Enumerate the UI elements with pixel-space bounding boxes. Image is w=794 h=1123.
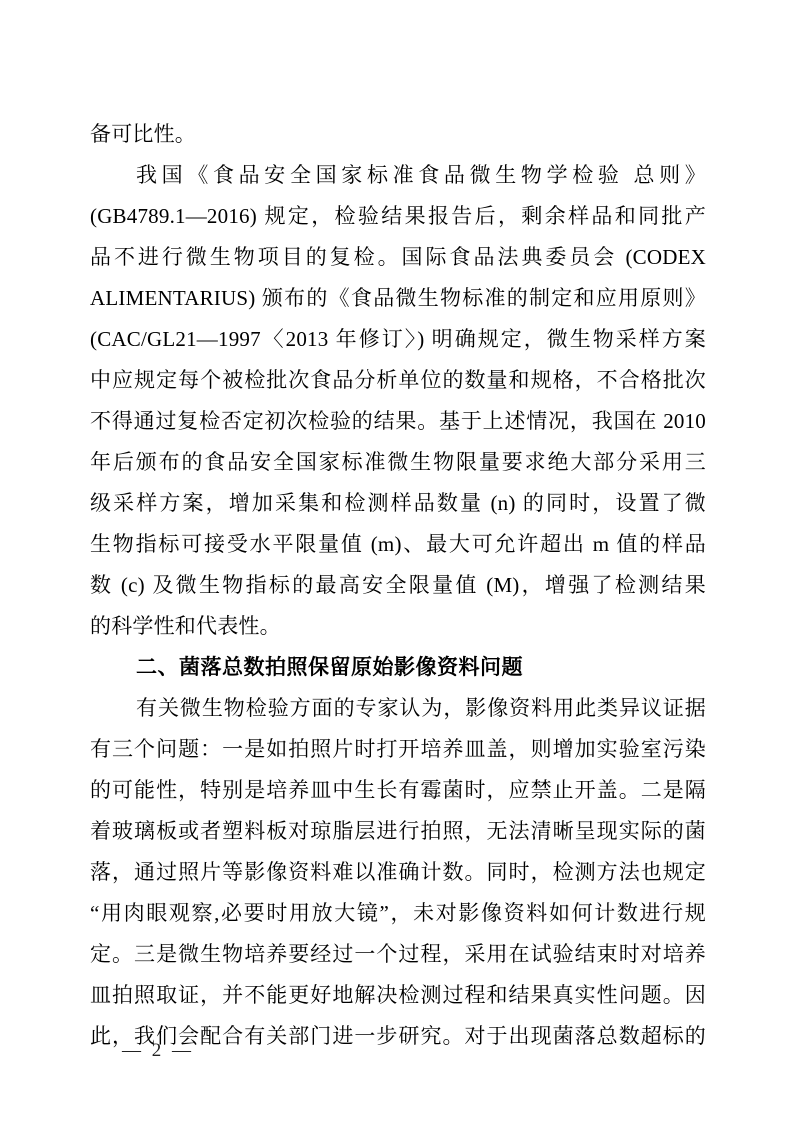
text-line: 定。三是微生物培养要经过一个过程，采用在试验结束时对培养 <box>90 934 706 975</box>
text-line: 年后颁布的食品安全国家标准微生物限量要求绝大部分采用三 <box>90 442 706 483</box>
text-line: 不得通过复检否定初次检验的结果。基于上述情况，我国在 2010 <box>90 401 706 442</box>
text-line: 有关微生物检验方面的专家认为，影像资料用此类异议证据 <box>90 688 706 729</box>
text-line: (GB4789.1—2016) 规定，检验结果报告后，剩余样品和同批产 <box>90 196 706 237</box>
text-line: 级采样方案，增加采集和检测样品数量 (n) 的同时，设置了微 <box>90 483 706 524</box>
text-line: 备可比性。 <box>90 114 706 155</box>
text-line: 着玻璃板或者塑料板对琼脂层进行拍照，无法清晰呈现实际的菌 <box>90 811 706 852</box>
text-line: 中应规定每个被检批次食品分析单位的数量和规格，不合格批次 <box>90 360 706 401</box>
text-line: 我国《食品安全国家标准食品微生物学检验 总则》 <box>90 155 706 196</box>
text-line: 数 (c) 及微生物指标的最高安全限量值 (M)，增强了检测结果 <box>90 565 706 606</box>
text-line: 有三个问题：一是如拍照片时打开培养皿盖，则增加实验室污染 <box>90 729 706 770</box>
text-line: 的可能性，特别是培养皿中生长有霉菌时，应禁止开盖。二是隔 <box>90 770 706 811</box>
text-line: (CAC/GL21—1997〈2013 年修订〉) 明确规定，微生物采样方案 <box>90 319 706 360</box>
document-page: 备可比性。 我国《食品安全国家标准食品微生物学检验 总则》 (GB4789.1—… <box>0 0 794 1123</box>
text-line: “用肉眼观察,必要时用放大镜”，未对影像资料如何计数进行规 <box>90 893 706 934</box>
text-line: 的科学性和代表性。 <box>90 606 706 647</box>
text-line: 生物指标可接受水平限量值 (m)、最大可允许超出 m 值的样品 <box>90 524 706 565</box>
page-number: — 2 — <box>122 1040 194 1062</box>
text-line: 品不进行微生物项目的复检。国际食品法典委员会 (CODEX <box>90 237 706 278</box>
section-heading: 二、菌落总数拍照保留原始影像资料问题 <box>90 647 706 688</box>
text-line: 落，通过照片等影像资料难以准确计数。同时，检测方法也规定 <box>90 852 706 893</box>
text-line: 皿拍照取证，并不能更好地解决检测过程和结果真实性问题。因 <box>90 975 706 1016</box>
document-body: 备可比性。 我国《食品安全国家标准食品微生物学检验 总则》 (GB4789.1—… <box>90 114 706 1057</box>
text-line: ALIMENTARIUS) 颁布的《食品微生物标准的制定和应用原则》 <box>90 278 706 319</box>
